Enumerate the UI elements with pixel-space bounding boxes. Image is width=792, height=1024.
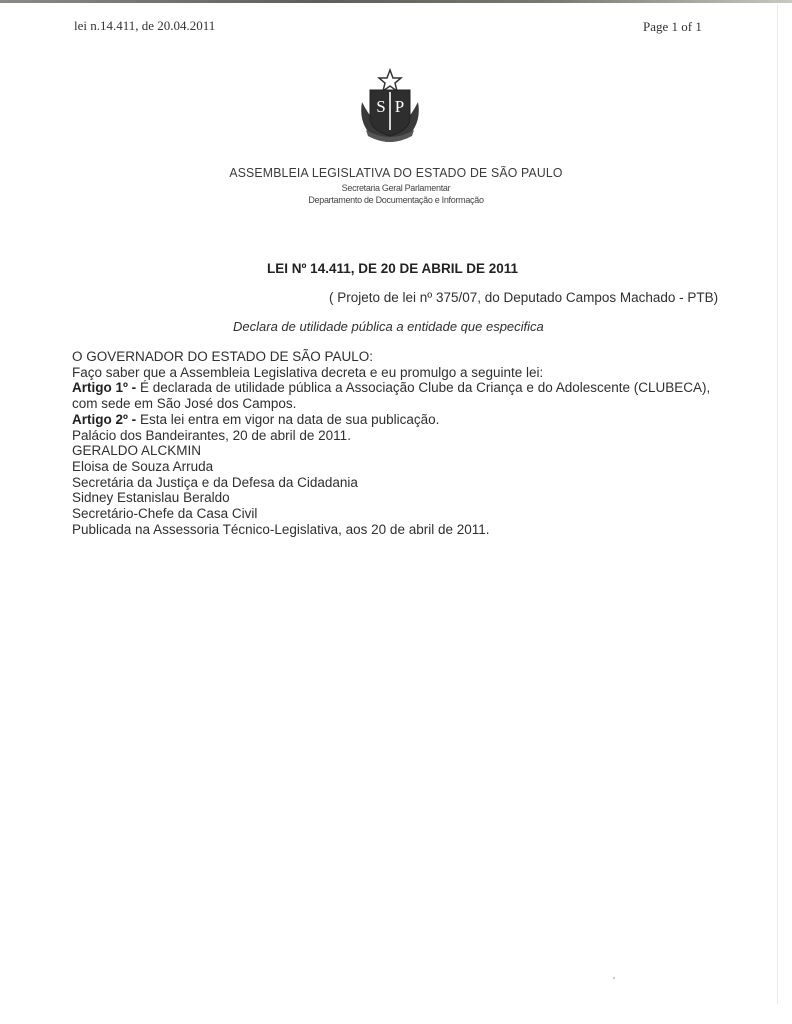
signature-secretary-justice-title: Secretária da Justiça e da Defesa da Cid… <box>72 475 752 491</box>
artigo-1-label: Artigo 1º - <box>72 380 136 395</box>
law-title: LEI Nº 14.411, DE 20 DE ABRIL DE 2011 <box>267 261 518 276</box>
scan-speck <box>613 977 615 979</box>
artigo-2: Artigo 2º - Esta lei entra em vigor na d… <box>72 412 752 428</box>
artigo-2-label: Artigo 2º - <box>72 412 136 427</box>
law-projeto-reference: ( Projeto de lei nº 375/07, do Deputado … <box>329 290 718 305</box>
organization-subtitle-secretaria: Secretaria Geral Parlamentar <box>0 183 792 193</box>
law-ementa: Declara de utilidade pública a entidade … <box>233 319 544 334</box>
law-body: O GOVERNADOR DO ESTADO DE SÃO PAULO: Faç… <box>72 349 752 537</box>
place-date-line: Palácio dos Bandeirantes, 20 de abril de… <box>72 428 752 444</box>
scan-top-edge <box>0 0 792 3</box>
artigo-1-continuation: com sede em São José dos Campos. <box>72 396 752 412</box>
organization-subtitle-departamento: Departamento de Documentação e Informaçã… <box>0 195 792 205</box>
publication-line: Publicada na Assessoria Técnico-Legislat… <box>72 522 752 538</box>
print-header-title: lei n.14.411, de 20.04.2011 <box>74 18 215 34</box>
signature-governor: GERALDO ALCKMIN <box>72 443 752 459</box>
governor-line: O GOVERNADOR DO ESTADO DE SÃO PAULO: <box>72 349 752 365</box>
scan-right-edge <box>777 4 778 1004</box>
artigo-1-text: É declarada de utilidade pública a Assoc… <box>136 380 710 395</box>
promulgation-line: Faço saber que a Assembleia Legislativa … <box>72 365 752 381</box>
organization-title: ASSEMBLEIA LEGISLATIVA DO ESTADO DE SÃO … <box>8 166 784 180</box>
signature-secretary-justice-name: Eloisa de Souza Arruda <box>72 459 752 475</box>
signature-chief-of-staff-name: Sidney Estanislau Beraldo <box>72 490 752 506</box>
artigo-1: Artigo 1º - É declarada de utilidade púb… <box>72 380 752 396</box>
sao-paulo-coat-of-arms-icon: S P <box>354 68 426 146</box>
svg-text:P: P <box>395 97 404 116</box>
svg-text:S: S <box>376 97 385 116</box>
artigo-2-text: Esta lei entra em vigor na data de sua p… <box>136 412 439 427</box>
signature-chief-of-staff-title: Secretário-Chefe da Casa Civil <box>72 506 752 522</box>
print-header-page-number: Page 1 of 1 <box>643 19 702 35</box>
